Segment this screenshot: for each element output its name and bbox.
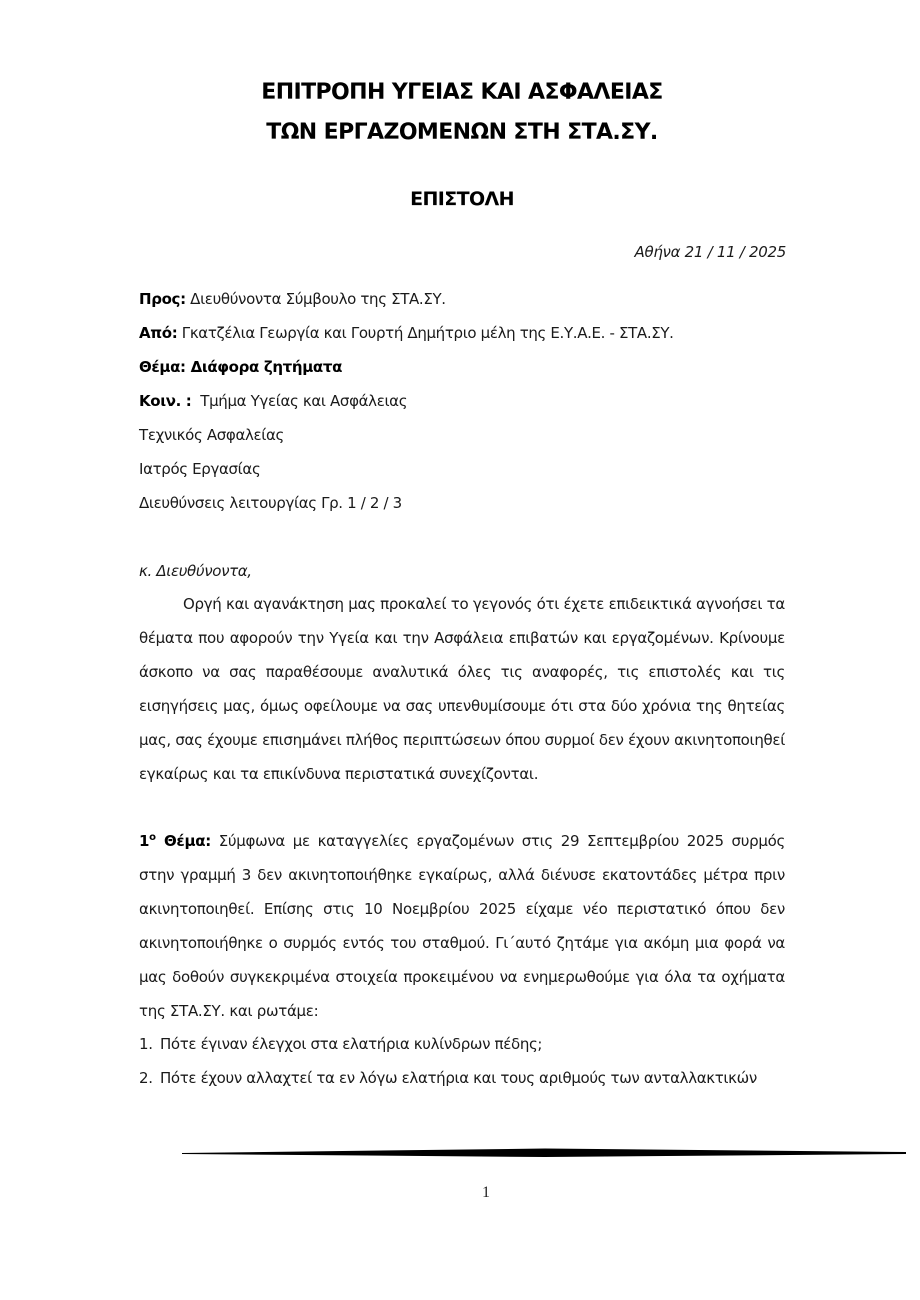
cc-label: Κοιν. : bbox=[139, 392, 191, 410]
question-item: 2.Πότε έχουν αλλαχτεί τα εν λόγω ελατήρι… bbox=[139, 1069, 757, 1087]
topic1-number: 1 bbox=[139, 832, 149, 850]
document-type-heading: ΕΠΙΣΤΟΛΗ bbox=[0, 188, 920, 210]
sender-line: Από: Γκατζέλια Γεωργία και Γουρτή Δημήτρ… bbox=[139, 324, 674, 342]
committee-title-line2: ΤΩΝ ΕΡΓΑΖΟΜΕΝΩΝ ΣΤΗ ΣΤΑ.ΣΥ. bbox=[0, 120, 920, 145]
document-page: ΕΠΙΤΡΟΠΗ ΥΓΕΙΑΣ ΚΑΙ ΑΣΦΑΛΕΙΑΣ ΤΩΝ ΕΡΓΑΖΟ… bbox=[0, 0, 920, 1300]
question-number: 1. bbox=[139, 1035, 160, 1053]
cc-recipient: Τεχνικός Ασφαλείας bbox=[139, 426, 284, 444]
intro-paragraph: Οργή και αγανάκτηση μας προκαλεί το γεγο… bbox=[139, 587, 785, 791]
question-number: 2. bbox=[139, 1069, 160, 1087]
subject-line: Θέμα: Διάφορα ζητήματα bbox=[139, 358, 342, 376]
letter-date: Αθήνα 21 / 11 / 2025 bbox=[634, 243, 786, 261]
recipient-label: Προς: bbox=[139, 290, 186, 308]
cc-line: Κοιν. : Τμήμα Υγείας και Ασφάλειας bbox=[139, 392, 407, 410]
footer-divider bbox=[182, 1147, 906, 1159]
page-number: 1 bbox=[0, 1184, 920, 1202]
topic1-heading: 1ο Θέμα: bbox=[139, 832, 211, 850]
sender-value: Γκατζέλια Γεωργία και Γουρτή Δημήτριο μέ… bbox=[177, 324, 673, 342]
question-item: 1.Πότε έγιναν έλεγχοι στα ελατήρια κυλίν… bbox=[139, 1035, 542, 1053]
subject-text: Θέμα: Διάφορα ζητήματα bbox=[139, 358, 342, 376]
salutation: κ. Διευθύνοντα, bbox=[139, 562, 252, 580]
question-text: Πότε έγιναν έλεγχοι στα ελατήρια κυλίνδρ… bbox=[160, 1035, 542, 1053]
cc-recipient: Διευθύνσεις λειτουργίας Γρ. 1 / 2 / 3 bbox=[139, 494, 402, 512]
intro-paragraph-text: Οργή και αγανάκτηση μας προκαλεί το γεγο… bbox=[139, 595, 785, 783]
topic1-label: Θέμα: bbox=[156, 832, 211, 850]
topic1-paragraph: 1ο Θέμα: Σύμφωνα με καταγγελίες εργαζομέ… bbox=[139, 824, 785, 1028]
cc-recipient: Ιατρός Εργασίας bbox=[139, 460, 260, 478]
topic1-text: Σύμφωνα με καταγγελίες εργαζομένων στις … bbox=[139, 832, 785, 1020]
recipient-line: Προς: Διευθύνοντα Σύμβουλο της ΣΤΑ.ΣΥ. bbox=[139, 290, 446, 308]
committee-title-line1: ΕΠΙΤΡΟΠΗ ΥΓΕΙΑΣ ΚΑΙ ΑΣΦΑΛΕΙΑΣ bbox=[0, 80, 920, 105]
sender-label: Από: bbox=[139, 324, 177, 342]
recipient-value: Διευθύνοντα Σύμβουλο της ΣΤΑ.ΣΥ. bbox=[186, 290, 446, 308]
topic1-ordinal: ο bbox=[149, 832, 156, 843]
cc-recipient: Τμήμα Υγείας και Ασφάλειας bbox=[191, 392, 407, 410]
question-text: Πότε έχουν αλλαχτεί τα εν λόγω ελατήρια … bbox=[160, 1069, 757, 1087]
